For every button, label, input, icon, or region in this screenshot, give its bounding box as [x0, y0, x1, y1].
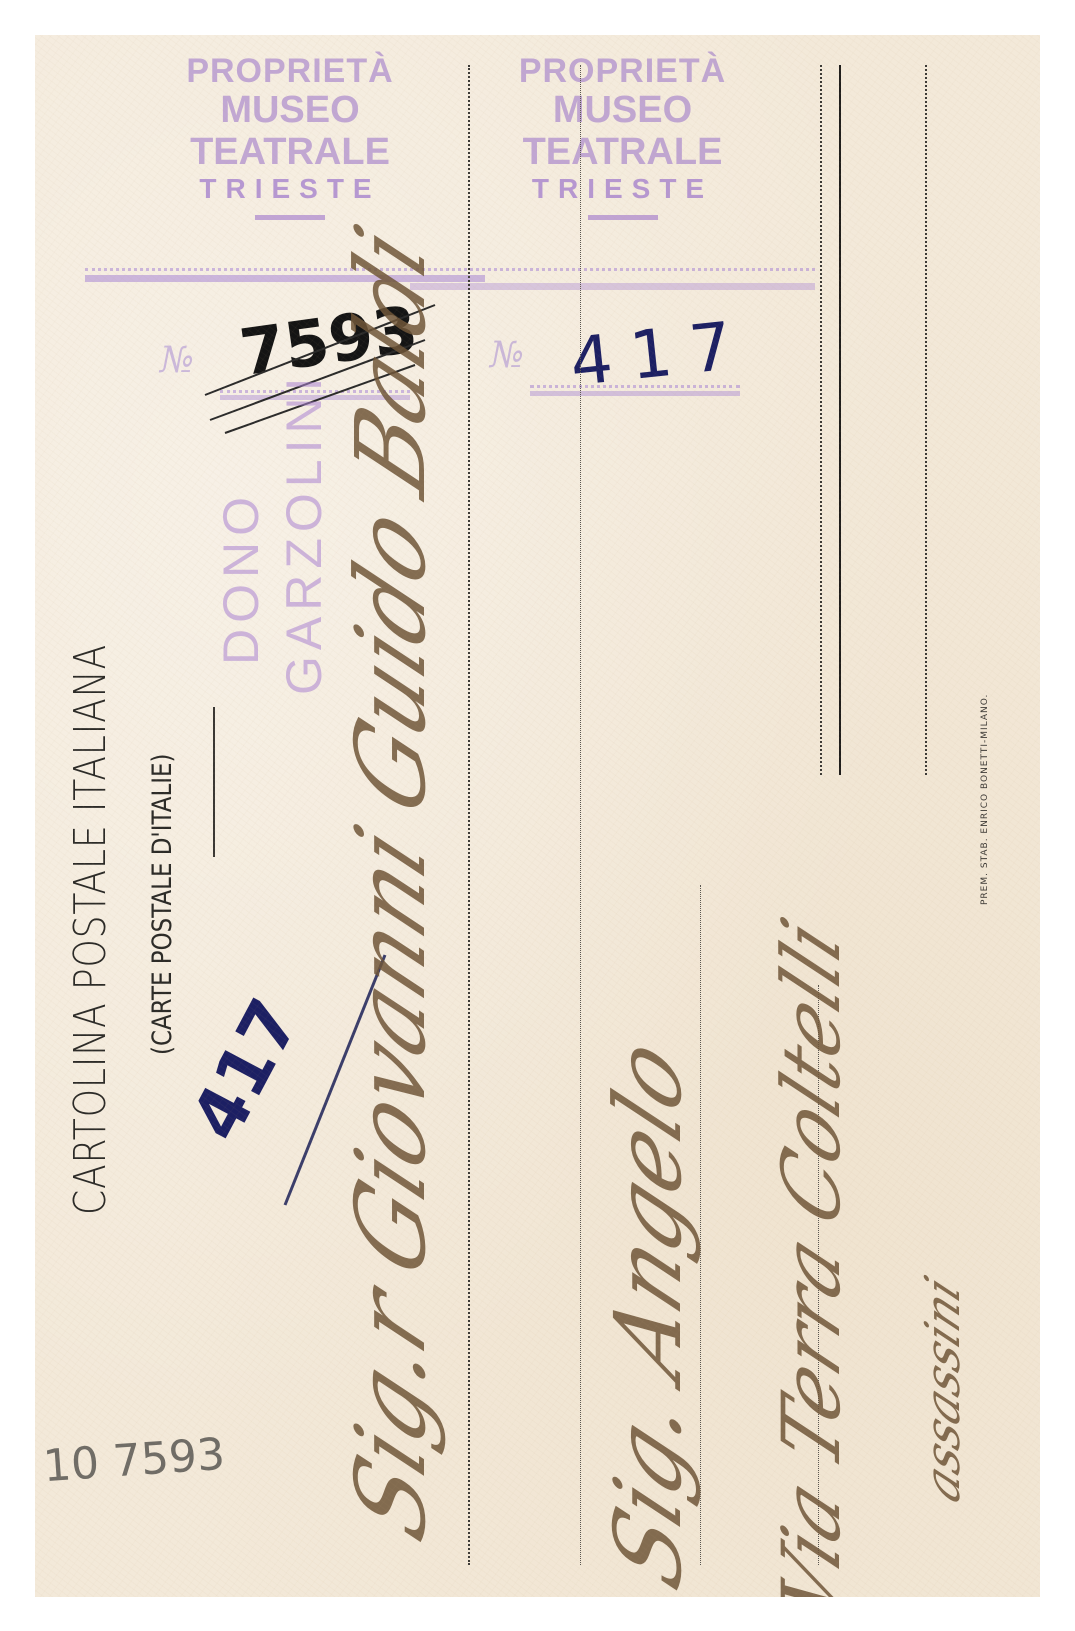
- stamp-rule: [410, 283, 815, 290]
- handwriting-line-4: assassini: [915, 1268, 971, 1512]
- stamp-line-1: PROPRIETÀ: [120, 53, 460, 90]
- stamp-line-1: PROPRIETÀ: [450, 53, 795, 90]
- stamp-box-dotted: [820, 65, 822, 775]
- pencil-note: 10 7593: [41, 1429, 226, 1493]
- number-label-left: №: [160, 340, 194, 381]
- property-stamp-left: PROPRIETÀ MUSEO TEATRALE TRIESTE: [120, 53, 460, 220]
- handwriting-line-2: Sig. Angelo: [595, 1021, 702, 1597]
- address-line-1: [468, 65, 470, 1565]
- stamp-line-3: TRIESTE: [450, 174, 795, 205]
- handwriting-line-1: Sig.r Giovanni Guido Baldi: [335, 209, 447, 1557]
- print-credit: PREM. STAB. ENRICO BONETTI-MILANO.: [980, 694, 990, 905]
- stamp-line-2: MUSEO TEATRALE: [120, 90, 460, 174]
- property-stamp-right: PROPRIETÀ MUSEO TEATRALE TRIESTE: [450, 53, 795, 220]
- address-line-2: [580, 65, 581, 1565]
- stamp-line-2: MUSEO TEATRALE: [450, 90, 795, 174]
- handwriting-line-3: Via Terra Coltelli: [765, 905, 858, 1597]
- donation-line-1: DONO: [210, 372, 273, 695]
- donation-stamp: DONO GARZOLINI: [210, 372, 335, 695]
- stamp-bar: [255, 215, 325, 220]
- number-label-right: №: [490, 335, 524, 376]
- stamp-bar: [588, 215, 658, 220]
- stamp-box-line: [839, 65, 841, 775]
- divider-line: [213, 707, 215, 857]
- stamp-line-3: TRIESTE: [120, 174, 460, 205]
- postcard: CARTOLINA POSTALE ITALIANA (CARTE POSTAL…: [35, 35, 1040, 1597]
- stamp-box-dotted-right: [925, 65, 927, 775]
- postcard-subtitle: (CARTE POSTALE D'ITALIE): [147, 754, 178, 1055]
- stamp-dotted-rule: [85, 268, 815, 271]
- donation-line-2: GARZOLINI: [273, 372, 336, 695]
- postcard-title: CARTOLINA POSTALE ITALIANA: [65, 644, 116, 1215]
